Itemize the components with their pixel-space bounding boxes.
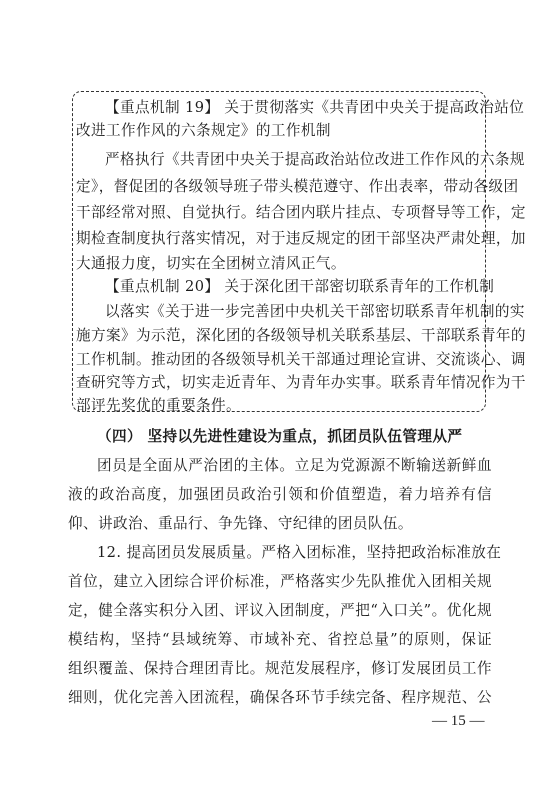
body-line: 12. 提高团员发展质量。严格入团标准，坚持把政治标准放在 [68, 544, 492, 562]
body-line: 组织覆盖、保持合理团青比。规范发展程序，修订发展团员工作 [68, 660, 492, 678]
box-paragraph-line: 以落实《关于进一步完善团中央机关干部密切联系青年机制的实 [76, 303, 482, 321]
box-paragraph-line: 部评先奖优的重要条件。 [76, 397, 482, 415]
body-line: 仰、讲政治、重品行、争先锋、守纪律的团员队伍。 [68, 515, 492, 533]
body-line: 模结构，坚持“县域统筹、市域补充、省控总量”的原则，保证 [68, 631, 492, 649]
box-paragraph-line: 工作机制。推动团的各级领导机关干部通过理论宣讲、交流谈心、调 [76, 351, 482, 369]
body-line: 团员是全面从严治团的主体。立足为党源源不断输送新鲜血 [68, 457, 492, 475]
mechanism-19-title-cont: 改进工作作风的六条规定》的工作机制 [76, 122, 482, 140]
box-paragraph-line: 定》，督促团的各级领导班子带头模范遵守、作出表率，带动各级团 [76, 178, 482, 196]
body-line: 定，健全落实积分入团、评议入团制度，严把“入口关”。优化规 [68, 602, 492, 620]
body-line: 液的政治高度，加强团员政治引领和价值塑造，着力培养有信 [68, 486, 492, 504]
box-paragraph-line: 干部经常对照、自觉执行。结合团内联片挂点、专项督导等工作，定 [76, 204, 482, 222]
mechanism-20-title: 【重点机制 20】 关于深化团干部密切联系青年的工作机制 [76, 278, 482, 296]
box-paragraph-line: 大通报力度，切实在全团树立清风正气。 [76, 255, 482, 273]
mechanism-19-title: 【重点机制 19】 关于贯彻落实《共青团中央关于提高政治站位 [76, 99, 482, 117]
body-line: 细则，优化完善入团流程，确保各环节手续完备、程序规范、公 [68, 689, 492, 707]
box-paragraph-line: 期检查制度执行落实情况，对于违反规定的团干部坚决严肃处理，加 [76, 230, 482, 248]
section-heading: （四） 坚持以先进性建设为重点，抓团员队伍管理从严 [68, 428, 492, 446]
box-paragraph-line: 查研究等方式，切实走近青年、为青年办实事。联系青年情况作为干 [76, 374, 482, 392]
page-number: — 15 — [432, 713, 485, 730]
box-paragraph-line: 严格执行《共青团中央关于提高政治站位改进工作作风的六条规 [76, 151, 482, 169]
box-paragraph-line: 施方案》为示范，深化团的各级领导机关联系基层、干部联系青年的 [76, 327, 482, 345]
document-page: 【重点机制 19】 关于贯彻落实《共青团中央关于提高政治站位 改进工作作风的六条… [0, 0, 558, 787]
body-line: 首位，建立入团综合评价标准，严格落实少先队推优入团相关规 [68, 573, 492, 591]
